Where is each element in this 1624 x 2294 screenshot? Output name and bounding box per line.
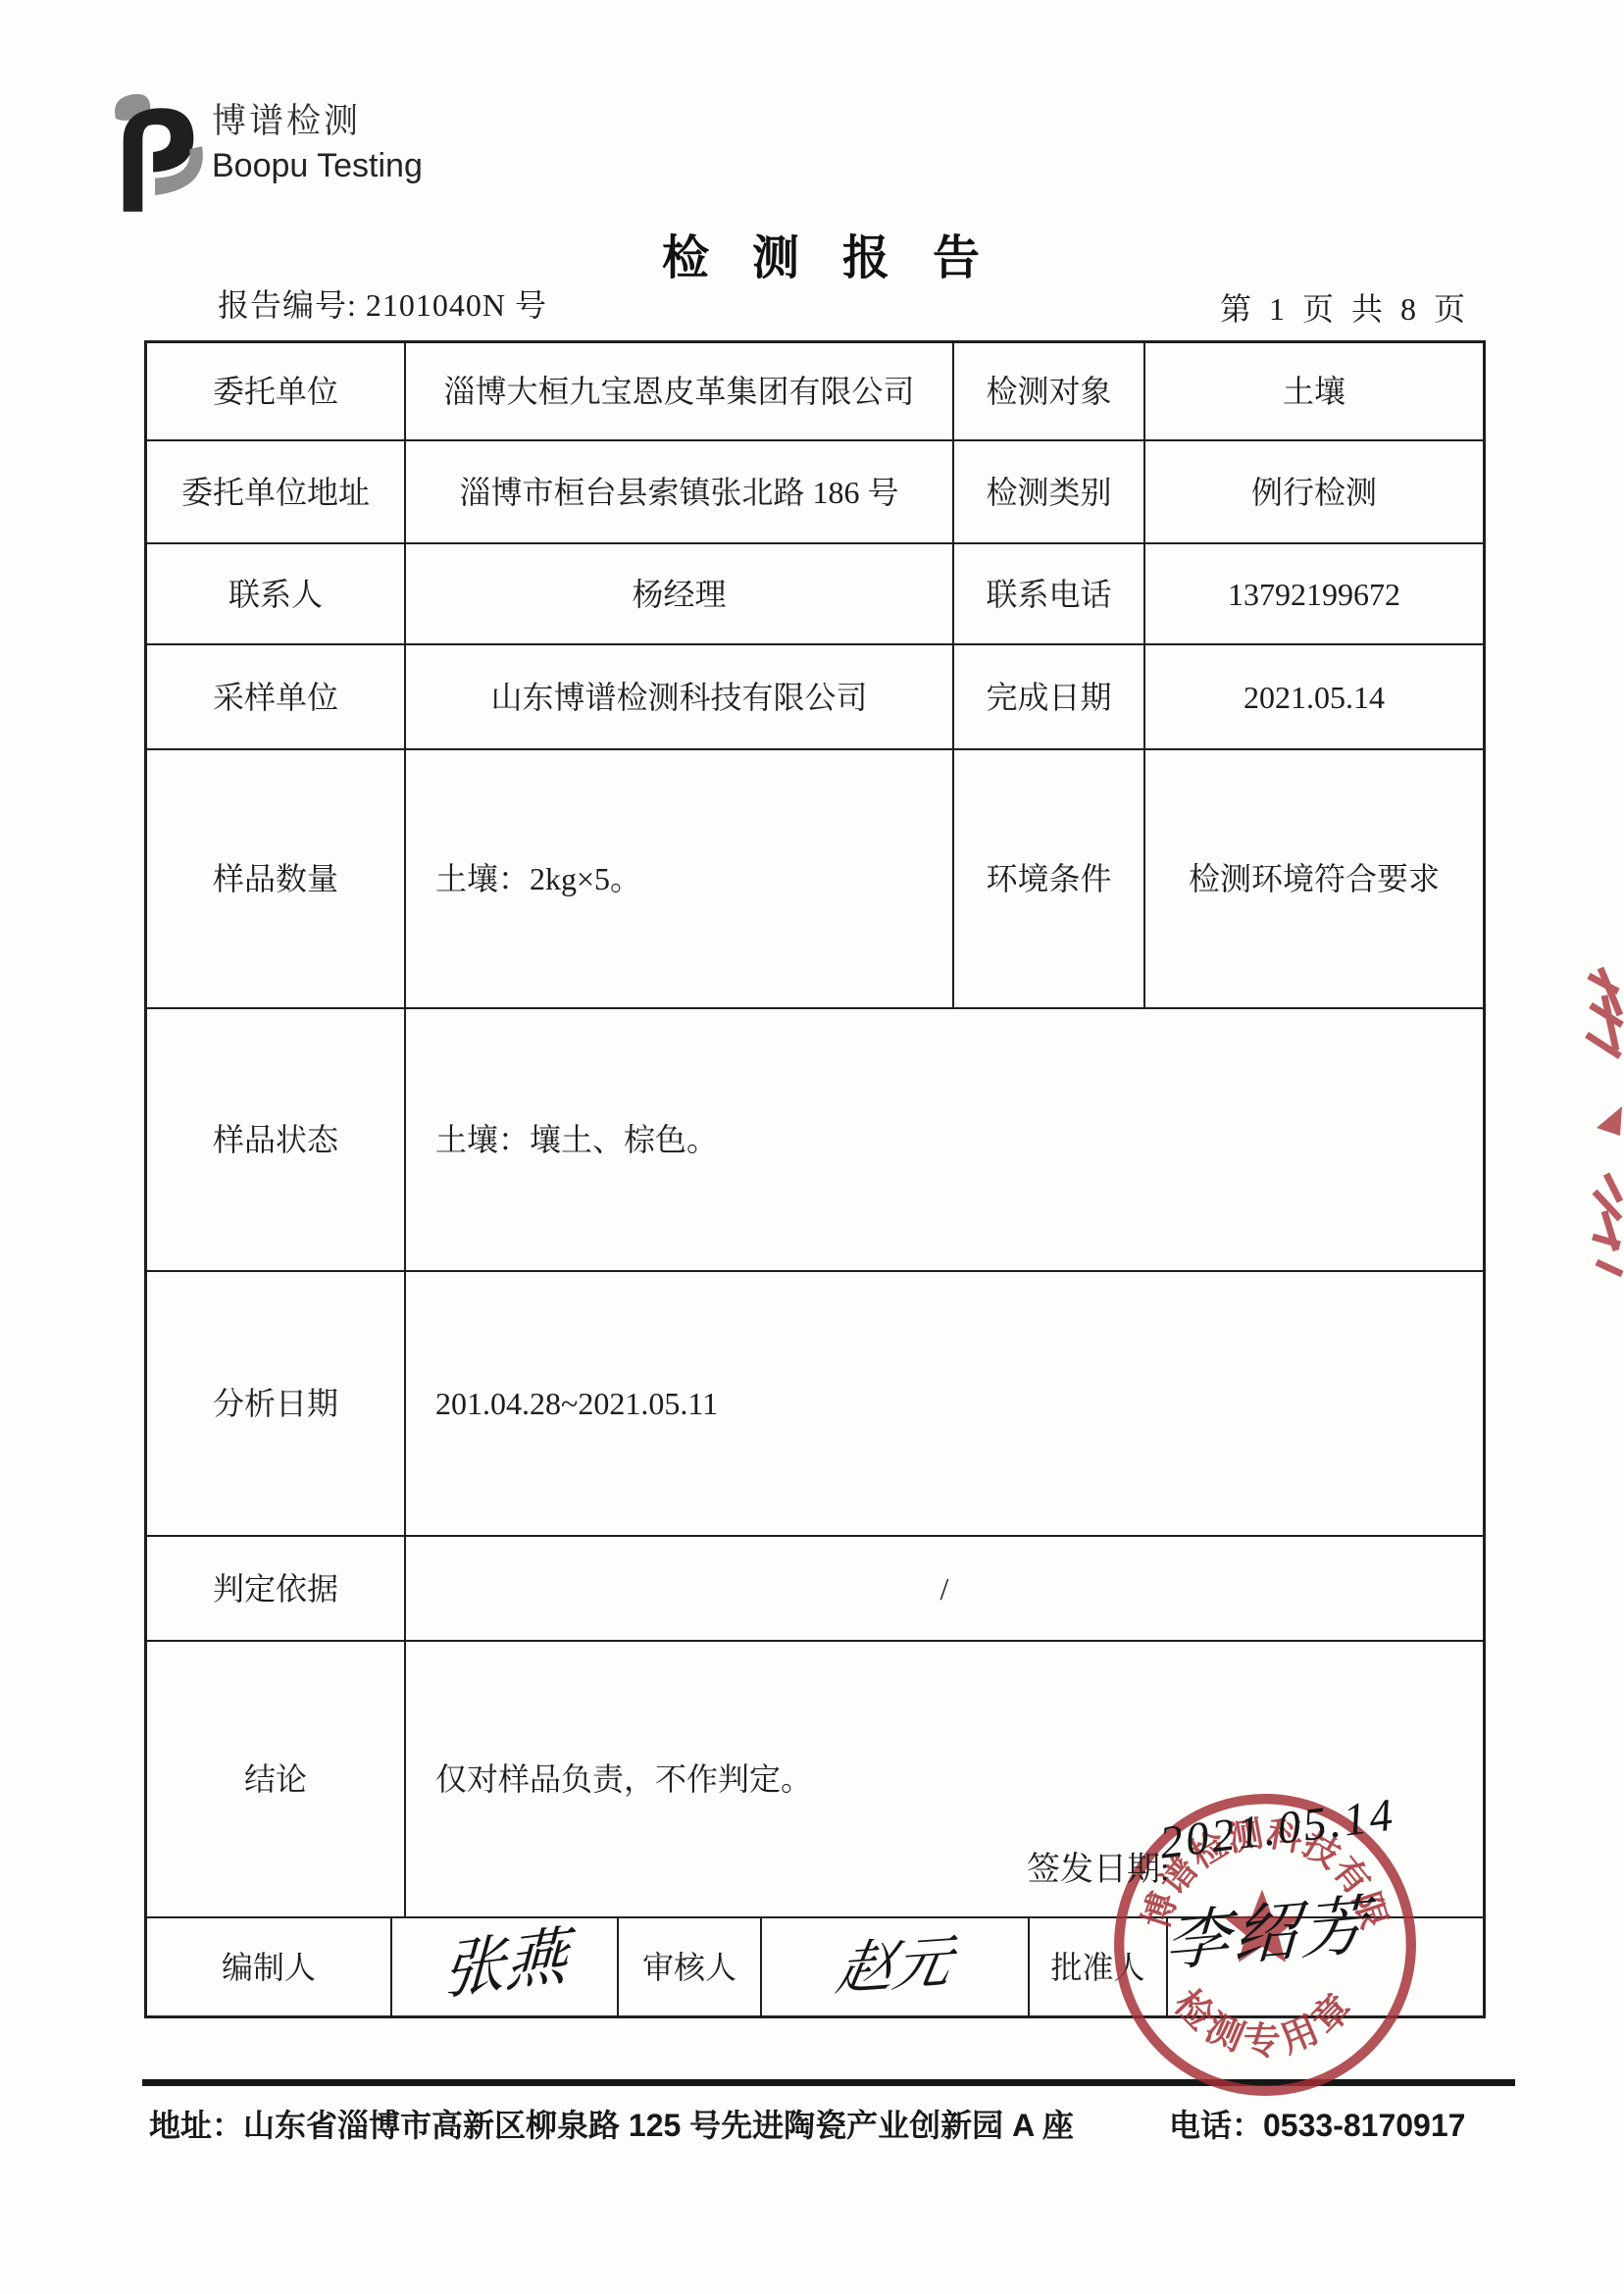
svg-text:检测专用章: 检测专用章 [1166,1982,1364,2063]
test-object-label: 检测对象 [954,343,1145,439]
preparer-signature: 张燕 [392,1918,619,2015]
report-info-table: 委托单位 淄博大桓九宝恩皮革集团有限公司 检测对象 土壤 委托单位地址 淄博市桓… [144,340,1486,2018]
completion-date-value: 2021.05.14 [1145,645,1483,748]
client-value: 淄博大桓九宝恩皮革集团有限公司 [406,343,954,439]
page-indicator: 第 1 页 共 8 页 [1220,284,1470,330]
sampling-unit-value: 山东博谱检测科技有限公司 [406,645,954,748]
brand-name-en: Boopu Testing [212,147,423,185]
table-row: 样品状态 土壤：壤土、棕色。 [147,1009,1483,1272]
footer-phone: 电话：0533-8170917 [1169,2101,1465,2146]
boopu-monogram-icon [110,88,206,214]
handwritten-signature: 李绍芳 [1163,1871,1373,1983]
contact-phone-label: 联系电话 [954,544,1145,643]
conclusion-label: 结论 [147,1642,406,1916]
red-ink-smudge [1581,966,1624,1064]
sample-quantity-label: 样品数量 [147,750,406,1007]
reviewer-label: 审核人 [619,1918,762,2015]
table-row: 采样单位 山东博谱检测科技有限公司 完成日期 2021.05.14 [147,645,1483,750]
contact-phone-value: 13792199672 [1145,544,1483,643]
report-page: 博谱检测 Boopu Testing 检 测 报 告 报告编号: 2101040… [0,0,1624,2294]
red-ink-smudge [1595,1100,1624,1140]
completion-date-label: 完成日期 [954,645,1145,748]
reviewer-signature: 赵元 [762,1918,1030,2015]
sample-state-label: 样品状态 [147,1009,406,1270]
contact-value: 杨经理 [406,544,954,643]
client-address-value: 淄博市桓台县索镇张北路 186 号 [406,441,954,542]
table-row: 分析日期 201.04.28~2021.05.11 [147,1272,1483,1537]
analysis-date-value: 201.04.28~2021.05.11 [406,1272,1483,1535]
environment-label: 环境条件 [954,750,1145,1007]
environment-value: 检测环境符合要求 [1145,750,1483,1007]
table-row: 判定依据 / [147,1537,1483,1642]
red-ink-smudge [1587,1172,1624,1280]
sampling-unit-label: 采样单位 [147,645,406,748]
page-title: 检 测 报 告 [647,220,1010,287]
brand-block: 博谱检测 Boopu Testing [212,94,423,185]
brand-name-cn: 博谱检测 [212,94,423,143]
footer-address: 地址：山东省淄博市高新区柳泉路 125 号先进陶瓷产业创新园 A 座 [149,2101,1074,2146]
analysis-date-label: 分析日期 [147,1272,406,1535]
report-number: 报告编号: 2101040N 号 [218,280,547,326]
table-row: 联系人 杨经理 联系电话 13792199672 [147,544,1483,645]
sample-state-value: 土壤：壤土、棕色。 [406,1009,1483,1270]
preparer-label: 编制人 [147,1918,392,2015]
handwritten-signature: 赵元 [832,1927,958,2008]
issue-date-label: 签发日期: [1027,1842,1169,1890]
stamp-bottom-text: 检测专用章 [1166,1982,1364,2063]
test-object-value: 土壤 [1145,343,1483,439]
table-row: 委托单位 淄博大桓九宝恩皮革集团有限公司 检测对象 土壤 [147,343,1483,441]
handwritten-signature: 张燕 [441,1916,569,2012]
judgment-basis-label: 判定依据 [147,1537,406,1640]
table-row: 样品数量 土壤：2kg×5。 环境条件 检测环境符合要求 [147,750,1483,1009]
judgment-basis-value: / [406,1537,1483,1640]
table-row: 委托单位地址 淄博市桓台县索镇张北路 186 号 检测类别 例行检测 [147,441,1483,544]
client-label: 委托单位 [147,343,406,439]
test-category-label: 检测类别 [954,441,1145,542]
client-address-label: 委托单位地址 [147,441,406,542]
sample-quantity-value: 土壤：2kg×5。 [406,750,954,1007]
contact-label: 联系人 [147,544,406,643]
test-category-value: 例行检测 [1145,441,1483,542]
